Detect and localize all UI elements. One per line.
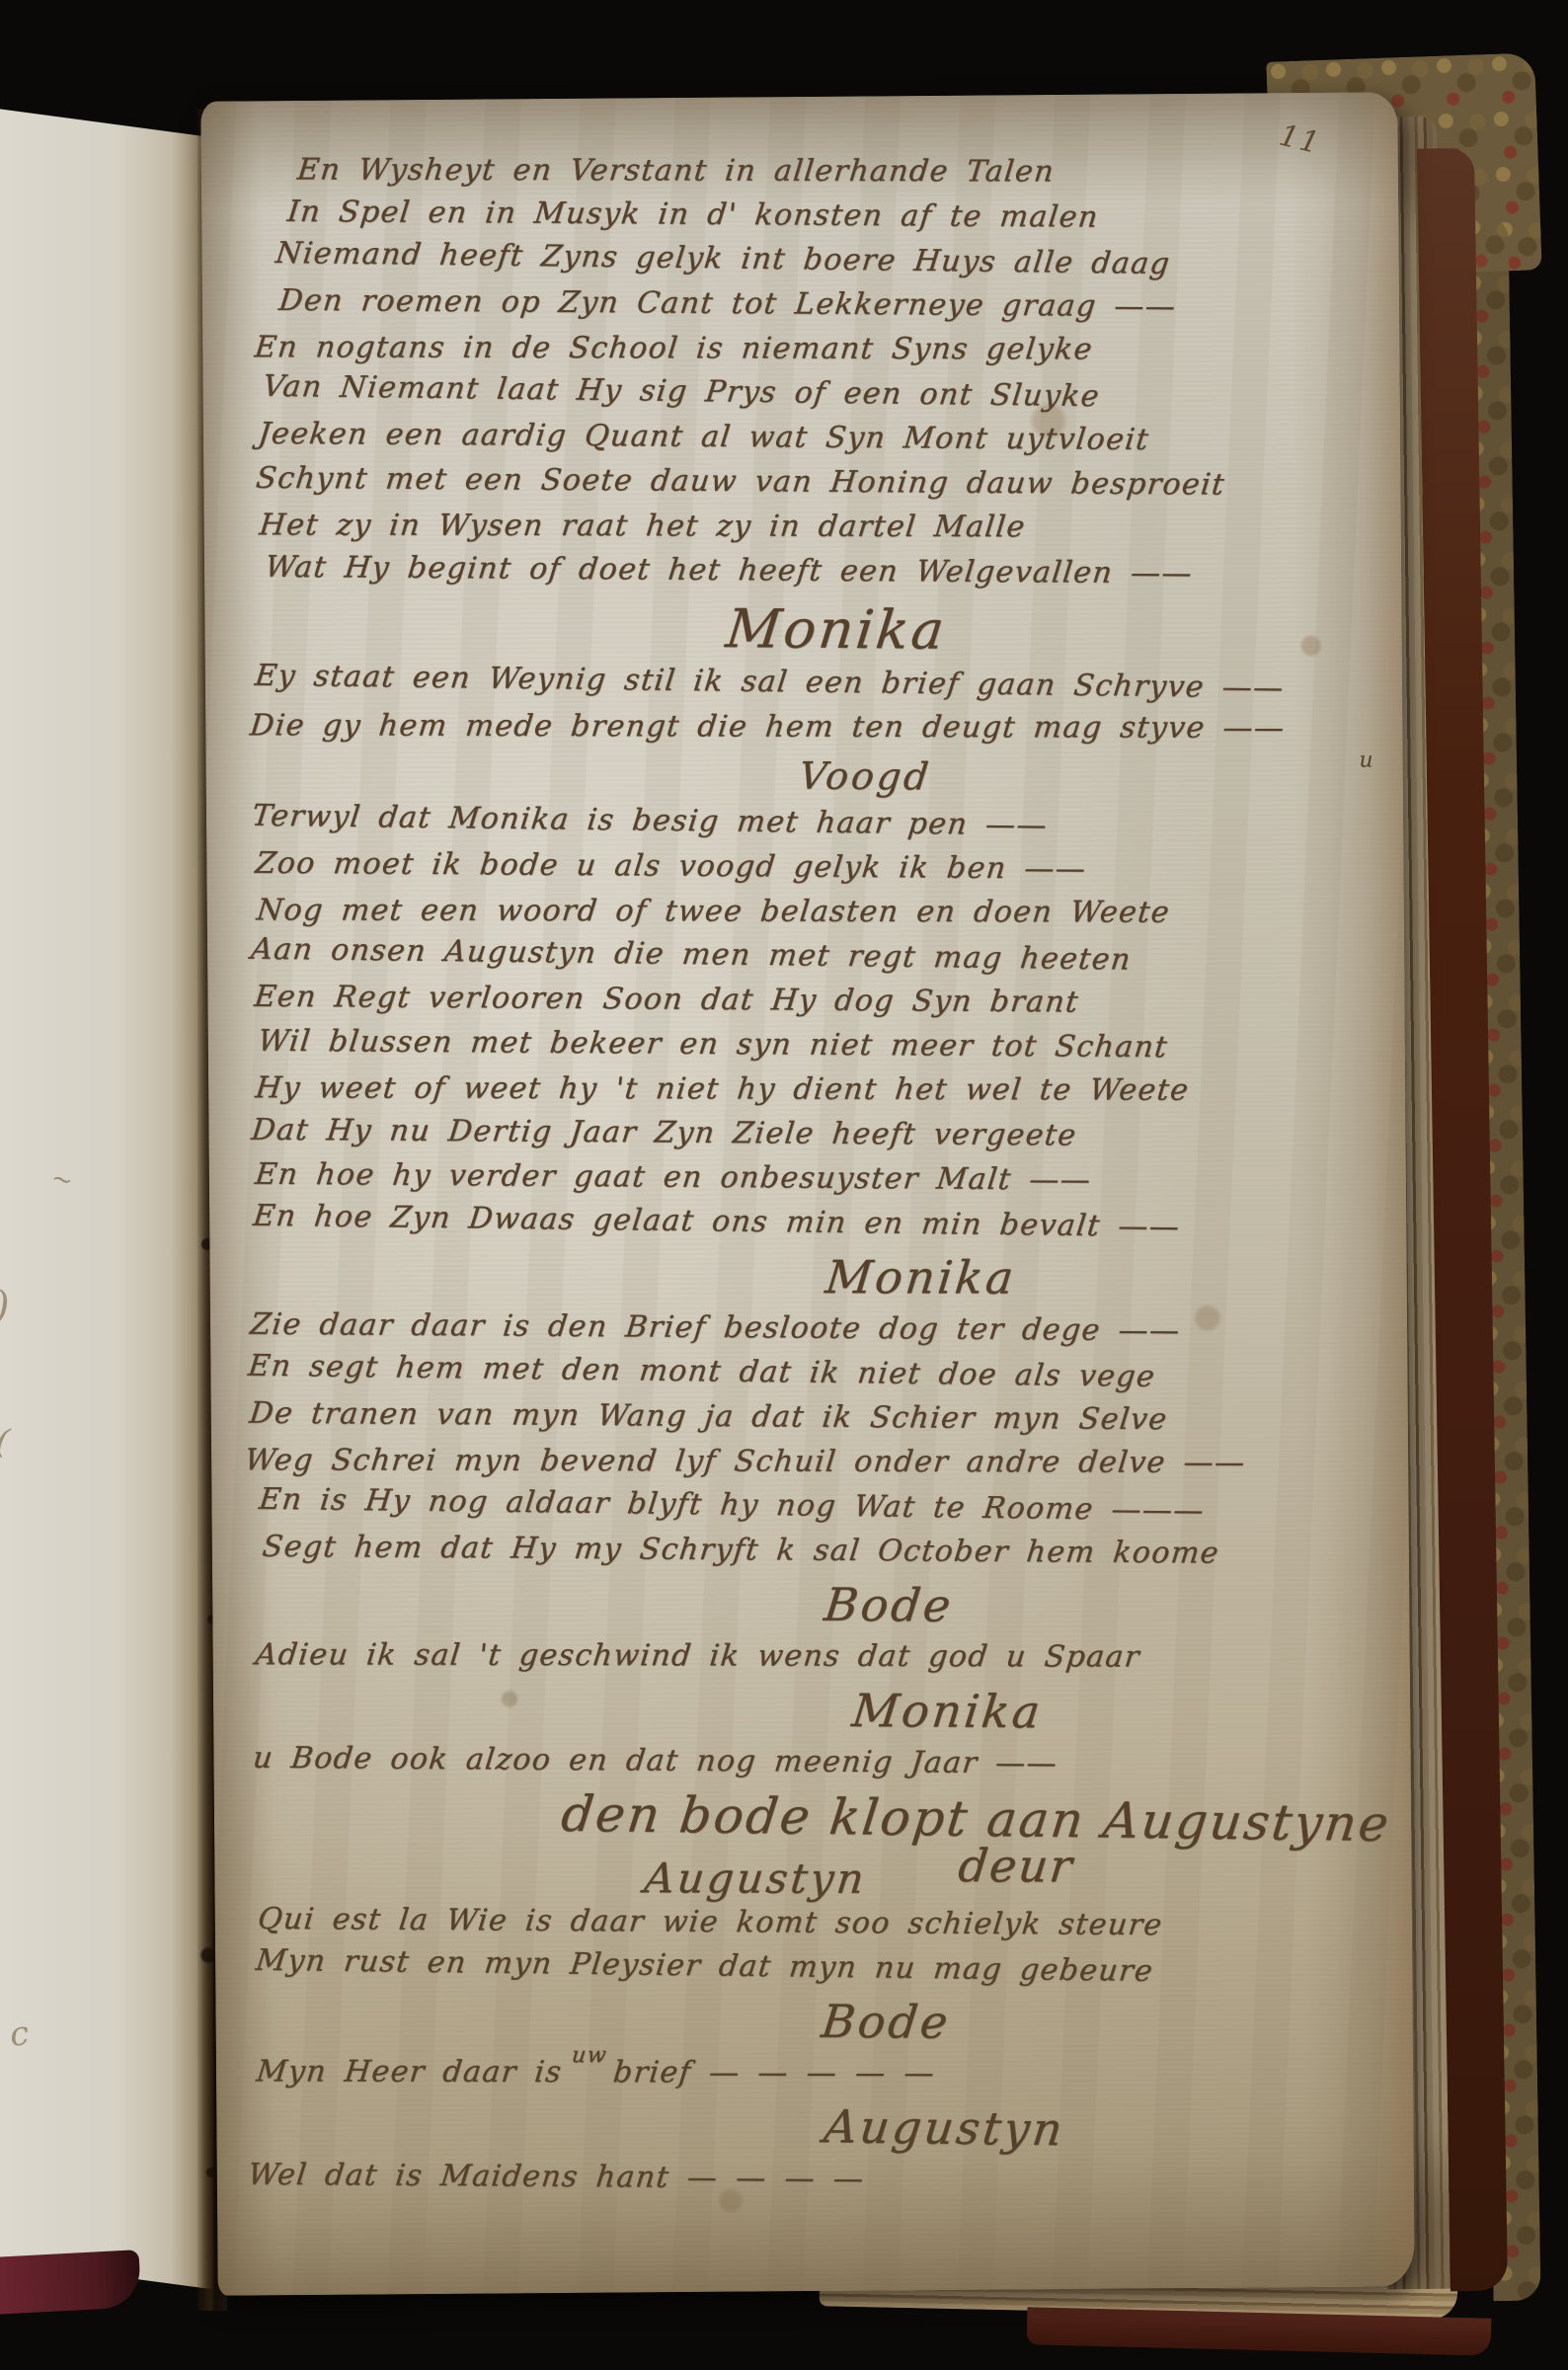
facing-page-edge: ~ ) ( c bbox=[0, 0, 213, 2370]
manuscript-page: 11 u En Wysheyt en Verstant in allerhand… bbox=[200, 92, 1414, 2295]
manuscript-line: Jeeken een aardig Quant al wat Syn Mont … bbox=[256, 417, 1398, 469]
manuscript-line: Zoo moet ik bode u als voogd gelyk ik be… bbox=[253, 846, 1395, 899]
handwritten-text-block: En Wysheyt en Verstant in allerhande Tal… bbox=[268, 150, 1397, 2210]
speaker-heading: Bode bbox=[324, 1991, 1447, 2060]
speaker-heading: Monika bbox=[359, 1249, 1482, 1313]
manuscript-line: Wil blussen met bekeer en syn niet meer … bbox=[255, 1024, 1393, 1076]
manuscript-line: Wel dat is Maidens hant — — — — bbox=[245, 2158, 1385, 2210]
stage-direction-continued: deur bbox=[956, 1839, 1076, 1892]
manuscript-line: De tranen van myn Wang ja dat ik Schier … bbox=[247, 1396, 1391, 1449]
manuscript-line: Den roemen op Zyn Cant tot Lekkerneye gr… bbox=[276, 283, 1399, 336]
ink-bleed-mark: ( bbox=[0, 1421, 12, 1461]
manuscript-line: Dat Hy nu Dertig Jaar Zyn Ziele heeft ve… bbox=[249, 1113, 1393, 1165]
speaker-and-stage-row: Augustyndeur bbox=[267, 1849, 1389, 1907]
speaker-heading: Bode bbox=[327, 1574, 1450, 1643]
manuscript-line: En Wysheyt en Verstant in allerhande Tal… bbox=[294, 152, 1399, 199]
line-text: Myn Heer daar is bbox=[255, 2054, 564, 2090]
manuscript-line: Het zy in Wysen raat het zy in dartel Ma… bbox=[257, 508, 1397, 555]
speaker-heading: Monika bbox=[386, 1681, 1509, 1750]
manuscript-line: Wat Hy begint of doet het heeft een Welg… bbox=[263, 550, 1397, 602]
inserted-word-above-line: uw bbox=[571, 2043, 609, 2068]
manuscript-photo: ~ ) ( c 11 u En Wysheyt en Verstant in a… bbox=[0, 0, 1568, 2370]
manuscript-line: Die gy hem mede brengt die hem ten deugt… bbox=[247, 708, 1395, 755]
ink-bleed-mark: c bbox=[8, 2014, 31, 2055]
speaker-heading: Augustyn bbox=[642, 1854, 869, 1903]
speaker-heading: Monika bbox=[274, 594, 1398, 670]
red-binding-corner bbox=[0, 2250, 141, 2315]
speaker-heading: Augustyn bbox=[383, 2094, 1506, 2170]
manuscript-line: Een Regt verlooren Soon dat Hy dog Syn b… bbox=[252, 980, 1394, 1032]
ink-bleed-mark: ~ bbox=[48, 1163, 76, 1197]
manuscript-line: Schynt met een Soete dauw van Honing dau… bbox=[253, 461, 1397, 513]
line-text: brief — — — — — bbox=[611, 2055, 937, 2091]
manuscript-line: Adieu ik sal 't geschwind ik wens dat go… bbox=[253, 1637, 1389, 1685]
manuscript-line: Hy weet of weet hy 't niet hy dient het … bbox=[253, 1070, 1393, 1118]
manuscript-line: Segt hem dat Hy my Schryft k sal October… bbox=[260, 1530, 1390, 1582]
ink-bleed-mark: ) bbox=[0, 1284, 10, 1329]
